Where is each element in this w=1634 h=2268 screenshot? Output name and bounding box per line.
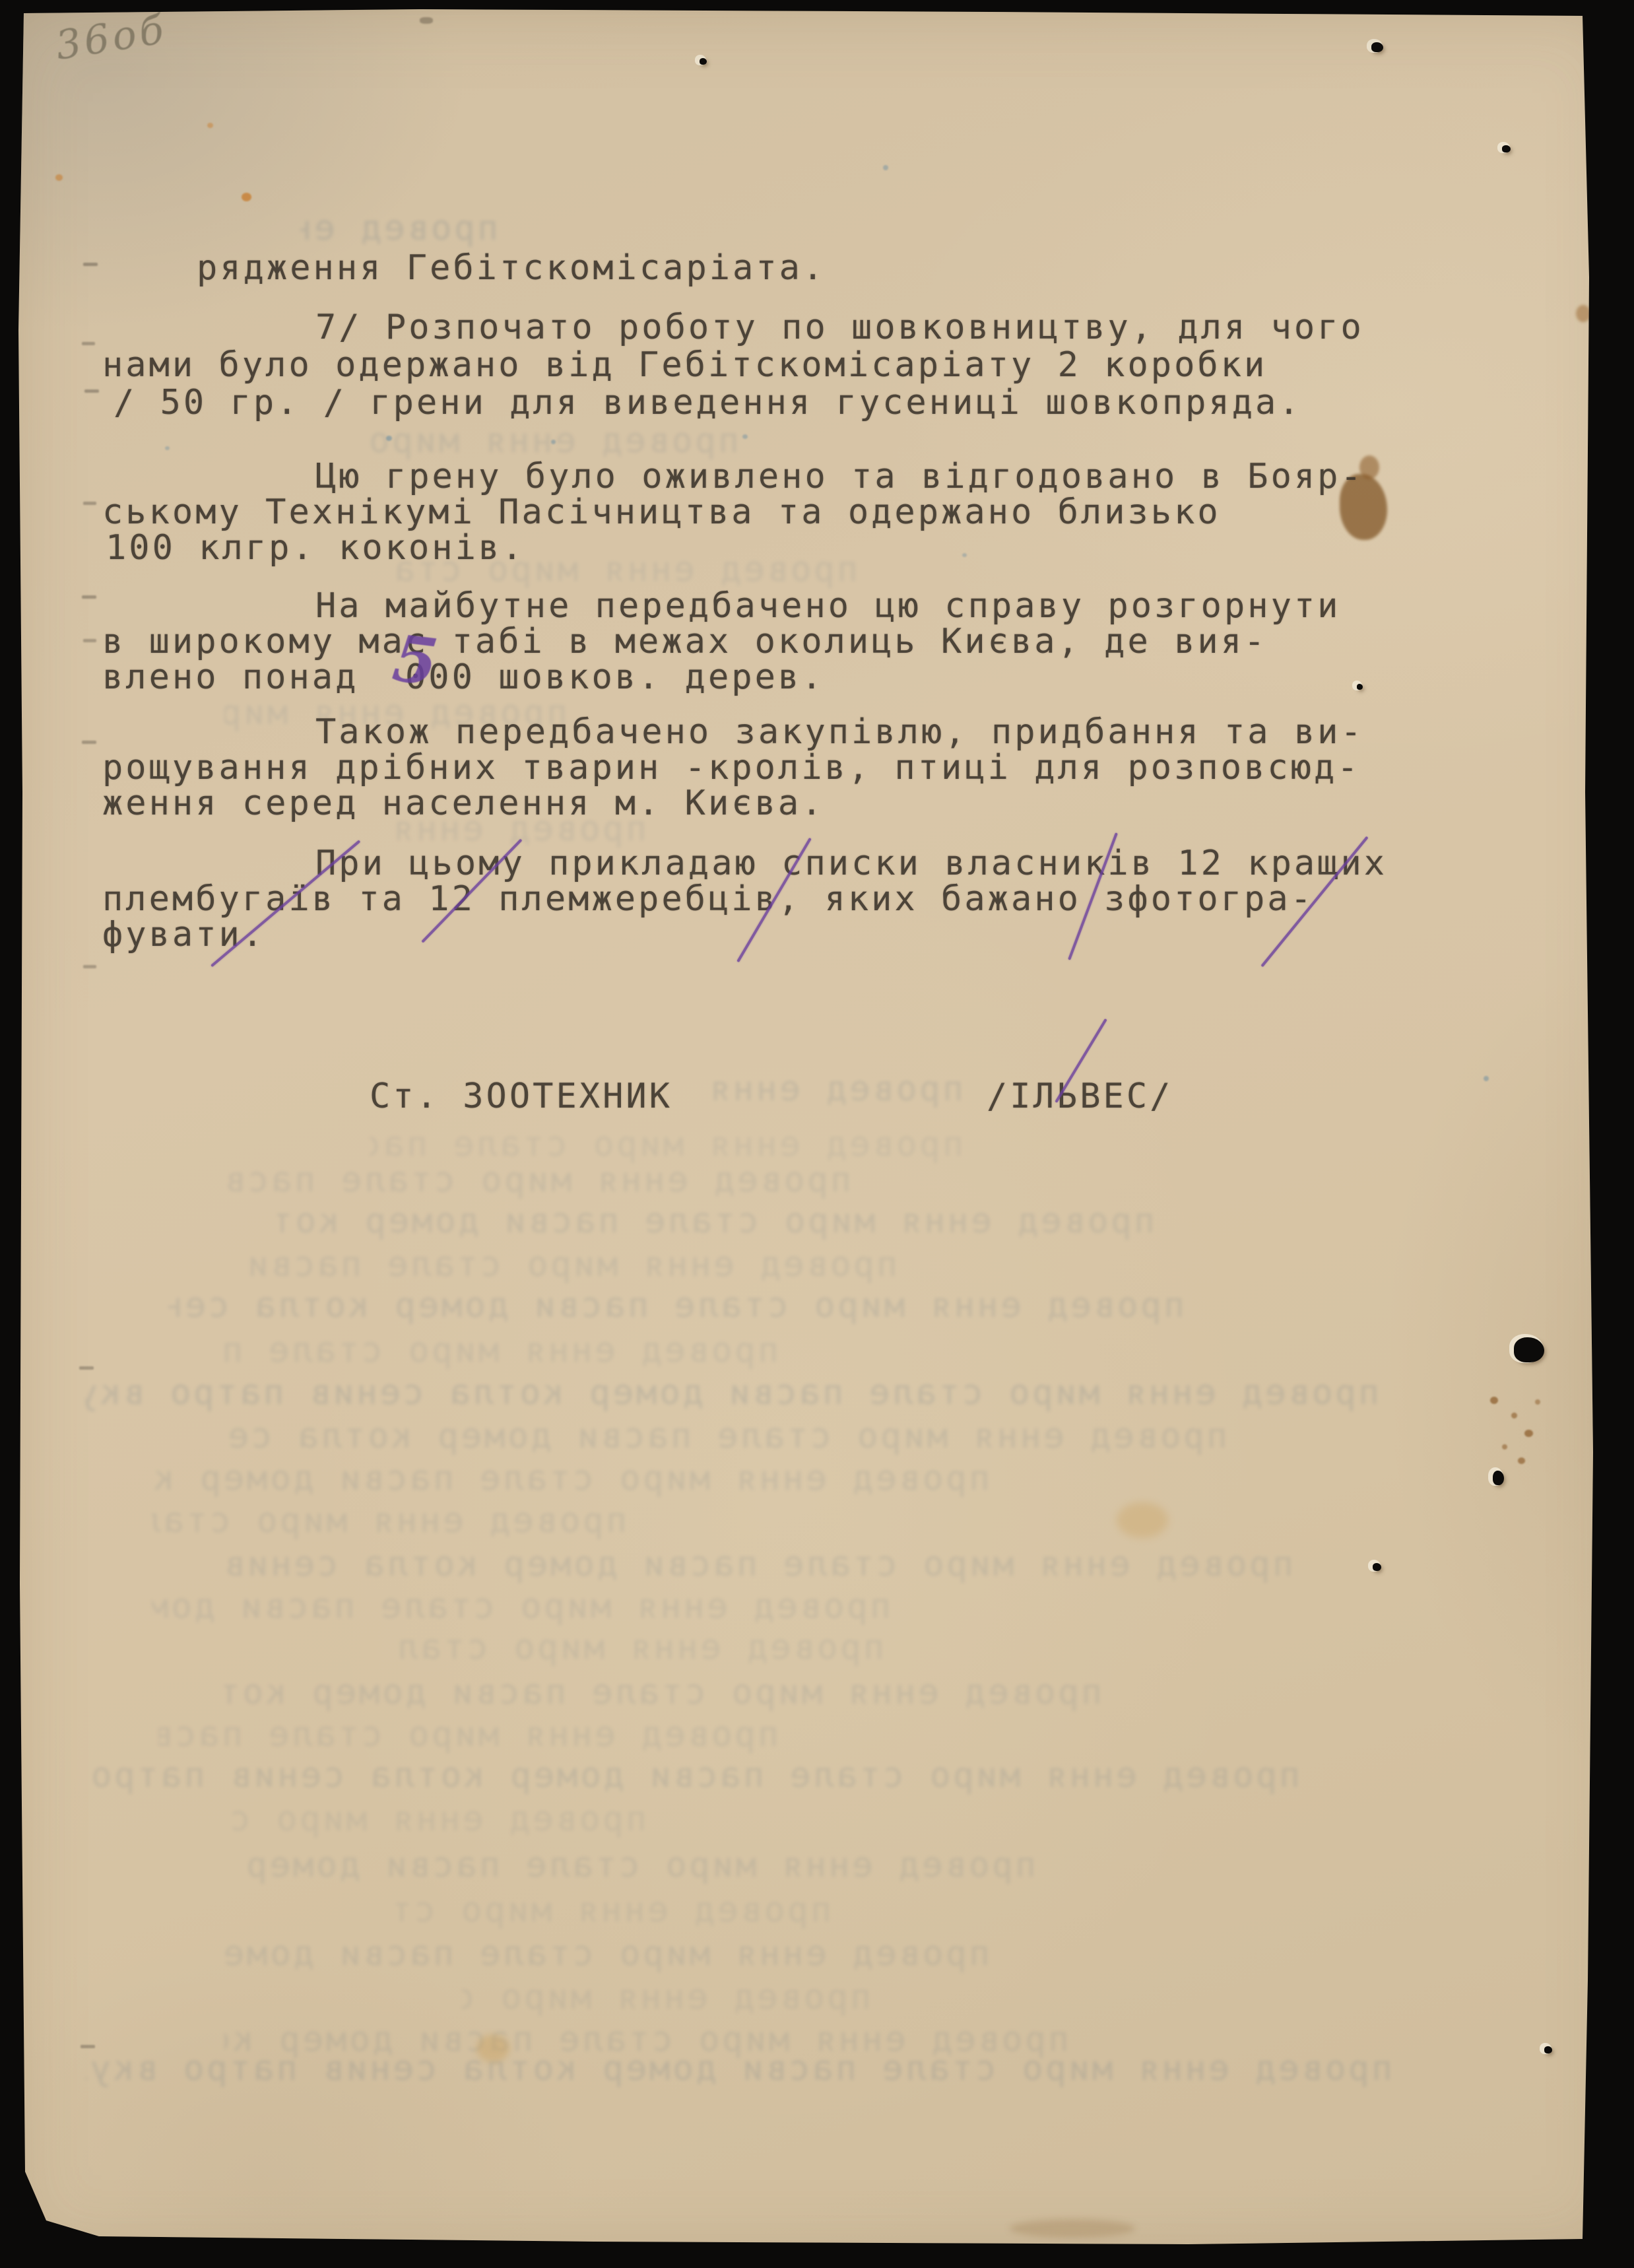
bleedthrough-line: провед ення миро стале пасв [158,1716,779,1754]
paper-stain [1117,1502,1168,1538]
typed-line: плембугаїв та 12 племжеребців, яких бажа… [102,881,1314,918]
paper-stain [242,193,251,201]
paper-stain [1511,1413,1517,1418]
paper-stain [55,174,63,181]
bleedthrough-line: провед ення миро стале пасви домер кот [224,1674,1102,1712]
folio-note: 36об [53,6,170,69]
paper-stain [1484,1076,1489,1081]
typed-line: нами було одержано від Гебітскомісаріату… [102,347,1267,384]
paper-stain [83,263,98,266]
paper-hole [1502,145,1511,152]
bleedthrough-line: провед ення миро стале пасви дом [152,1588,891,1626]
paper-stain [742,434,748,439]
paper-hole [700,58,707,65]
signature-role: Ст. ЗООТЕХНИК [370,1078,672,1116]
paper-stain [79,1366,94,1370]
paper-stain [420,17,433,24]
signature-name: /ІЛЬВЕС/ [987,1078,1173,1116]
paper-stain [82,741,96,744]
bleedthrough-line: провед ення миро стале пасви [224,1162,851,1199]
typed-line: фувати. [102,916,265,954]
bleedthrough-line: провед ення миро стале пасви домер котла… [86,2050,1392,2088]
bleedthrough-line: провед ення миро стал [152,1502,627,1540]
paper-sheet: провед енпровед ення миропровед ення мир… [0,0,1634,2268]
paper-hole [1493,1471,1504,1485]
bleedthrough-line: провед ення миро стале пасви домер котла… [86,1757,1300,1795]
bleedthrough-line: провед ення миро ст [224,1801,647,1838]
paper-stain [1518,1457,1525,1464]
paper-hole [1371,42,1383,52]
typed-line: рощування дрібних тварин -кролів, птиці … [102,749,1361,787]
bleedthrough-line: провед ення [700,1071,964,1108]
scanned-page: провед енпровед ення миропровед ення мир… [0,0,1634,2268]
paper-stain [883,165,888,170]
paper-stain [1502,1444,1507,1450]
bleedthrough-line: провед ення миро стале пасви домер ко [152,1460,990,1498]
paper-stain [207,123,213,128]
paper-stain [1490,1397,1498,1404]
paper-stain [82,595,96,599]
bleedthrough-line: провед ення миро [370,422,739,460]
bleedthrough-line: провед ення миро стале пасви домер котла… [224,1546,1293,1584]
paper-stain [165,446,170,450]
bleedthrough-line: провед ення миро стале пасви домер котла… [168,1287,1185,1325]
bleedthrough-line: провед ення миро стале [396,1629,884,1667]
bleedthrough-line: провед ення миро стале пасви д [224,1246,898,1284]
paper-hole [1544,2046,1552,2053]
paper-stain [81,2045,95,2048]
handwritten-figure-5: 5 [389,620,441,700]
bleedthrough-line: провед ення миро стале п [224,1332,779,1370]
typed-line: На майбутне передбачено цю справу розгор… [315,587,1341,625]
typed-line: ження серед населення м. Києва. [102,785,825,822]
bleedthrough-line: провед ення миро стале пасви домер к [224,1847,1036,1884]
paper-stain [962,553,967,557]
typed-line: ському Технікумі Пасічництва та одержано… [102,494,1221,531]
paper-stain [83,639,96,642]
paper-stain [1535,1399,1540,1405]
paper-stain [84,389,99,393]
typed-line: Цю грену було оживлено та відгодовано в … [315,458,1364,496]
bleedthrough-line: провед ення миро стале пасви домер котла… [224,1418,1227,1455]
typed-line: рядження Гебітскомісаріата. [197,250,826,287]
typed-line: в широкому мас табі в межах околиць Києв… [102,623,1267,661]
bleedthrough-line: провед ення миро с [462,1979,871,2017]
typed-line: 7/ Розпочато роботу по шовковництву, для… [315,309,1364,347]
paper-stain [82,342,95,345]
paper-stain [1010,2219,1135,2238]
typed-line: Також передбачено закупівлю, придбання т… [315,714,1364,751]
paper-hole [1373,1563,1381,1571]
typed-line: 100 клгр. коконів. [106,529,525,567]
paper-stain [83,965,96,968]
paper-stain [1576,305,1590,322]
bleedthrough-line: провед ен [300,210,498,248]
paper-stain [83,502,96,505]
bleedthrough-line: провед ення миро стале пасви домер кот [277,1203,1155,1240]
paper-hole [1357,684,1363,690]
bleedthrough-line: провед ення миро ст [396,1892,832,1929]
bleedthrough-line: провед ення миро стале пасви домер котла… [86,1374,1379,1412]
paper-stain [1524,1430,1533,1437]
bleedthrough-line: провед ення миро стале пас [370,1126,964,1164]
bleedthrough-line: провед ення миро стале пасви домер [224,1935,990,1973]
typed-line: При цьому прикладаю списки власників 12 … [315,845,1387,883]
typed-line: / 50 гр. / грени для виведення гусениці … [114,384,1302,422]
typed-line: влено понад 000 шовков. дерев. [102,659,825,696]
paper-hole [1514,1337,1544,1362]
